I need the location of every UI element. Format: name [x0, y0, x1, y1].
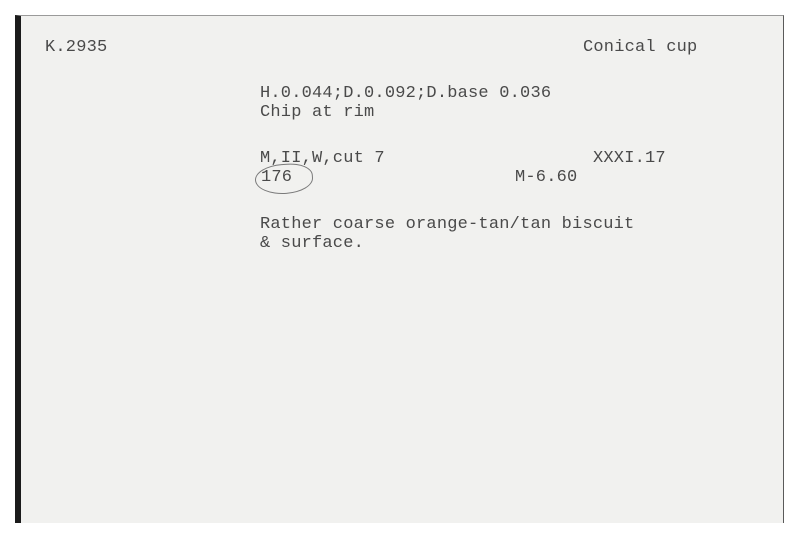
object-type: Conical cup: [583, 38, 697, 57]
description-line-2: & surface.: [260, 234, 364, 253]
dimensions: H.0.044;D.0.092;D.base 0.036: [260, 84, 551, 103]
context-number: 176: [261, 168, 292, 187]
level: M-6.60: [515, 168, 577, 187]
condition: Chip at rim: [260, 103, 374, 122]
description-line-1: Rather coarse orange-tan/tan biscuit: [260, 215, 634, 234]
catalog-number: K.2935: [45, 38, 107, 57]
plate-reference: XXXI.17: [593, 149, 666, 168]
